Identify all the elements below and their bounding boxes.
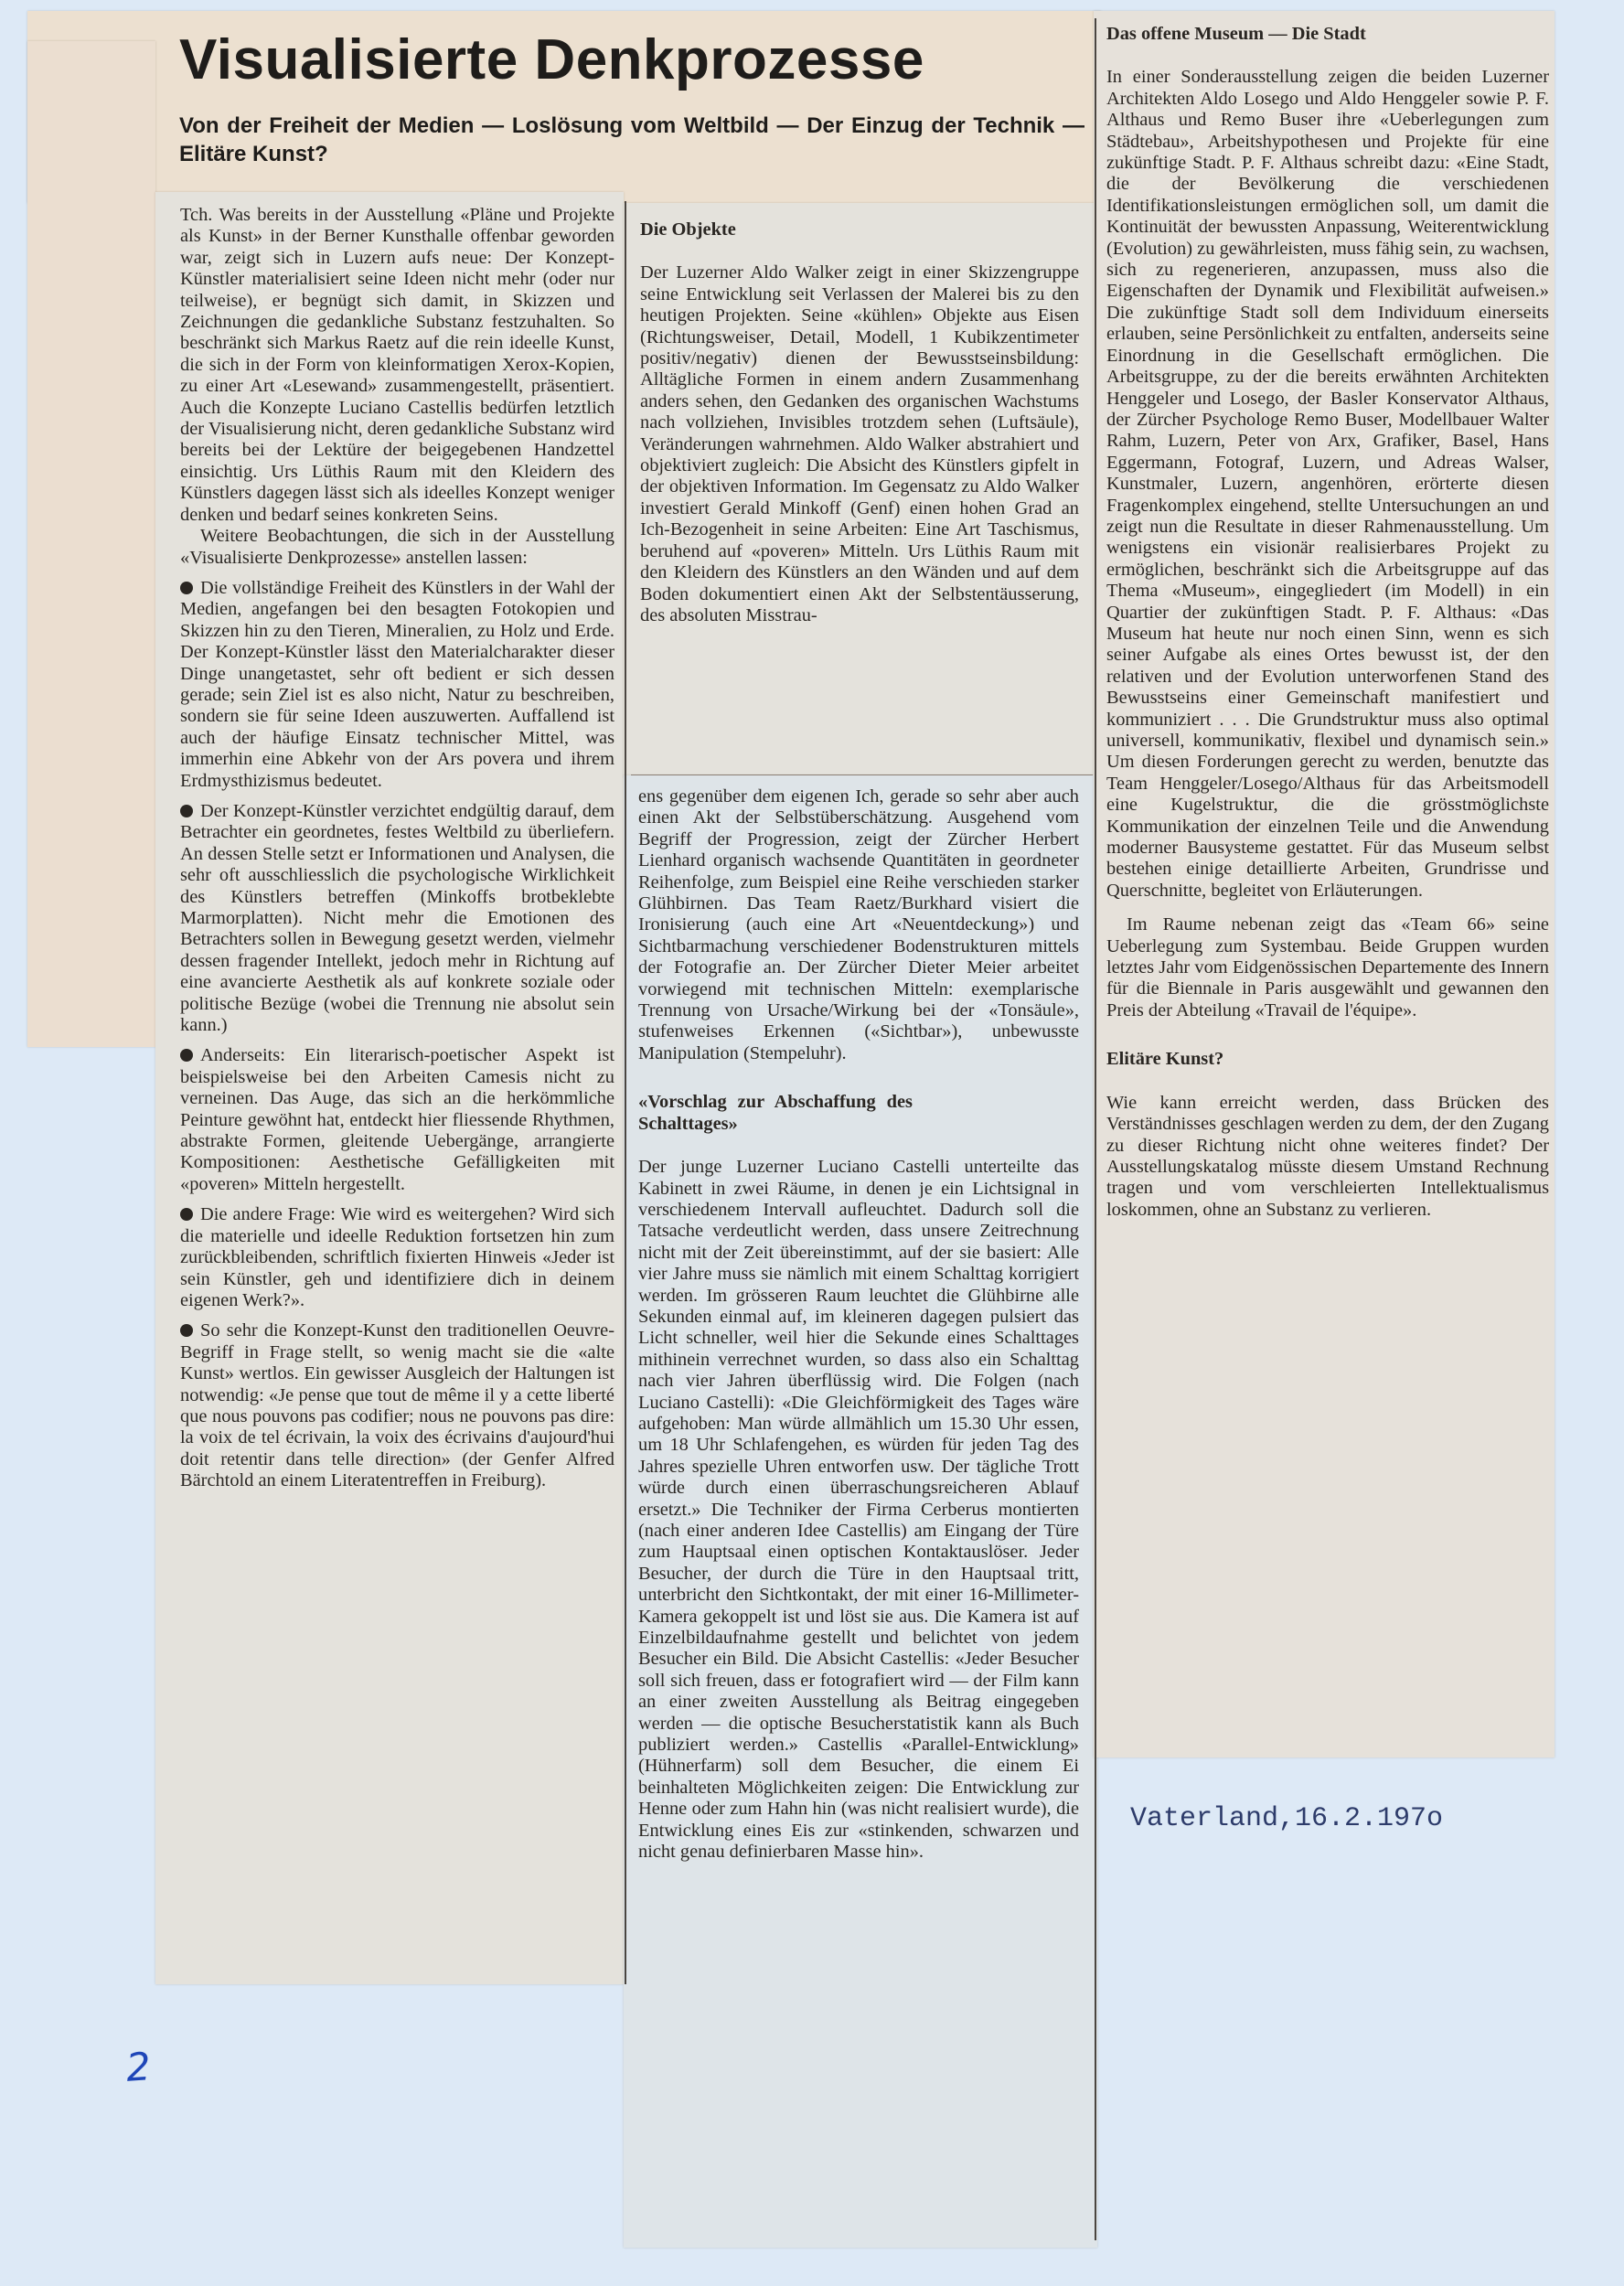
- museum-paragraph: In einer Sonderausstellung zeigen die be…: [1106, 67, 1549, 902]
- bullet-icon: [180, 1208, 193, 1221]
- bullet-icon: [180, 805, 193, 817]
- team66-paragraph: Im Raume nebenan zeigt das «Team 66» sei…: [1106, 914, 1549, 1021]
- elitaere-kunst-paragraph: Wie kann erreicht werden, dass Brücken d…: [1106, 1093, 1549, 1221]
- bullet-icon: [180, 582, 193, 594]
- section-title-schalttag: «Vorschlag zur Abschaffung des Schalttag…: [638, 1092, 913, 1135]
- column-2-break-rule: [631, 774, 1093, 775]
- section-title-elitaere-kunst: Elitäre Kunst?: [1106, 1049, 1549, 1070]
- column-3: Das offene Museum — Die Stadt In einer S…: [1106, 24, 1549, 1221]
- column-1: Tch. Was bereits in der Ausstellung «Plä…: [180, 205, 614, 1492]
- bullet-icon: [180, 1324, 193, 1337]
- bullet-icon: [180, 1049, 193, 1062]
- schalttag-paragraph: Der junge Luzerner Luciano Castelli unte…: [638, 1157, 1079, 1863]
- section-title-objekte: Die Objekte: [640, 219, 1079, 240]
- article-subheadline: Von der Freiheit der Medien — Loslösung …: [179, 112, 1084, 168]
- clipping-left-strip: [27, 41, 155, 1047]
- objekte-continued-paragraph: ens gegenüber dem eigenen Ich, gerade so…: [638, 786, 1079, 1064]
- bullet-paragraph: So sehr die Konzept-Kunst den traditione…: [180, 1320, 614, 1491]
- intro-paragraph: Tch. Was bereits in der Ausstellung «Plä…: [180, 205, 614, 526]
- bullet-paragraph: Die andere Frage: Wie wird es weitergehe…: [180, 1204, 614, 1311]
- bullet-paragraph: Die vollständige Freiheit des Künstlers …: [180, 578, 614, 792]
- bullet-paragraph: Der Konzept-Künstler verzichtet endgülti…: [180, 801, 614, 1036]
- column-rule-2: [1095, 18, 1096, 2240]
- column-rule-1: [625, 201, 626, 1984]
- objekte-paragraph: Der Luzerner Aldo Walker zeigt in einer …: [640, 262, 1079, 626]
- handwritten-page-number: 2: [124, 2044, 152, 2090]
- source-date-stamp: Vaterland,16.2.197o: [1130, 1803, 1443, 1834]
- column-2-top: Die Objekte Der Luzerner Aldo Walker zei…: [640, 219, 1079, 626]
- bullet-paragraph: Anderseits: Ein literarisch-poetischer A…: [180, 1045, 614, 1195]
- section-title-museum: Das offene Museum — Die Stadt: [1106, 24, 1549, 45]
- lead-paragraph: Weitere Beobachtungen, die sich in der A…: [180, 526, 614, 569]
- column-2-bottom: ens gegenüber dem eigenen Ich, gerade so…: [638, 786, 1079, 1864]
- article-headline: Visualisierte Denkprozesse: [179, 27, 924, 92]
